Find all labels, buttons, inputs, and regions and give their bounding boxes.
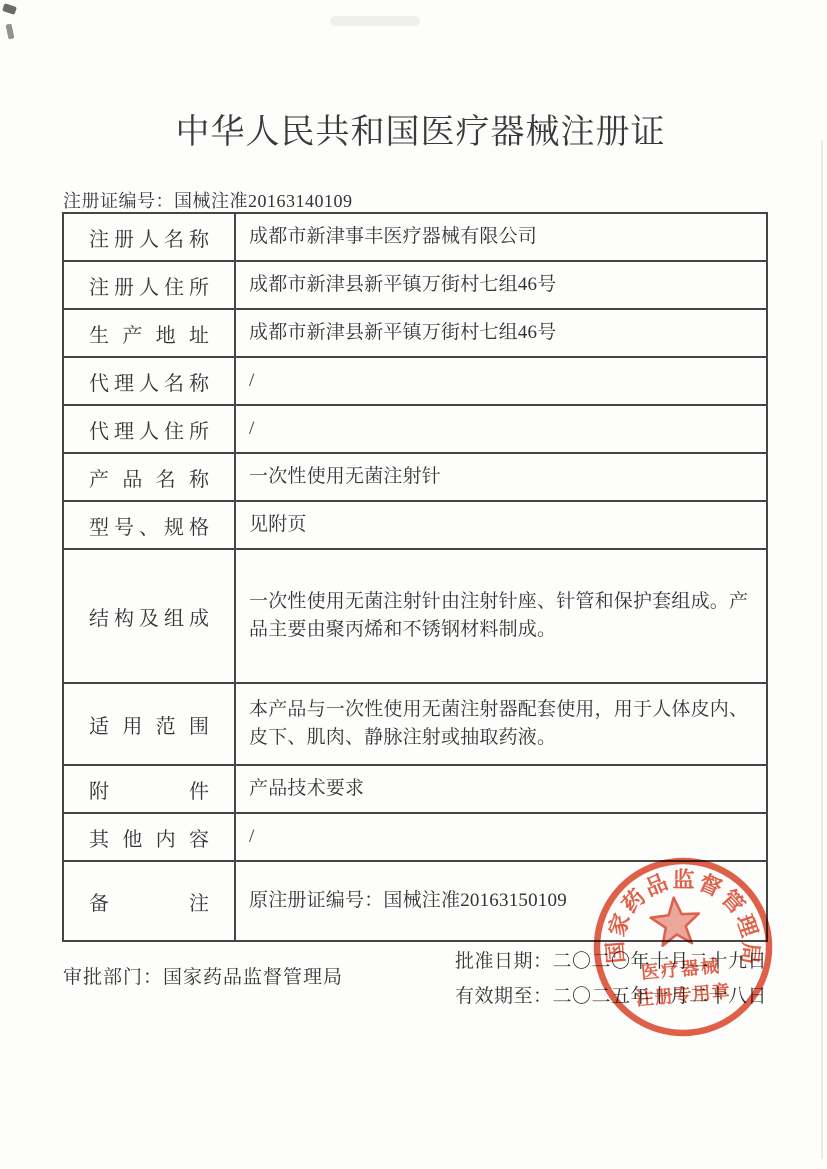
row-label: 代理人住所 (89, 415, 209, 444)
document-title: 中华人民共和国医疗器械注册证 (0, 104, 827, 153)
row-label-cell: 代理人名称 (64, 358, 236, 404)
row-value-cell: / (236, 406, 766, 452)
row-value-cell: 见附页 (236, 502, 766, 548)
row-label-cell: 注册人名称 (64, 214, 236, 260)
row-value: 见附页 (249, 511, 307, 539)
row-label-cell: 产品名称 (64, 454, 236, 500)
seal-line2: 注册专用章 (635, 980, 731, 1009)
approval-date-label: 批准日期： (455, 951, 553, 972)
seal-star-icon (649, 896, 701, 947)
scan-artifact (2, 3, 17, 15)
table-row: 适用范围本产品与一次性使用无菌注射器配套使用，用于人体皮内、皮下、肌肉、静脉注射… (64, 684, 766, 766)
row-label: 适用范围 (89, 710, 209, 739)
row-label-cell: 备注 (64, 862, 236, 940)
cert-table: 注册人名称成都市新津事丰医疗器械有限公司注册人住所成都市新津县新平镇万街村七组4… (62, 212, 768, 942)
row-value-cell: 成都市新津县新平镇万街村七组46号 (236, 262, 766, 308)
row-value: / (249, 415, 254, 443)
row-value-cell: 本产品与一次性使用无菌注射器配套使用，用于人体皮内、皮下、肌肉、静脉注射或抽取药… (236, 684, 766, 764)
row-label: 备注 (89, 887, 209, 916)
row-label-cell: 结构及组成 (64, 550, 236, 682)
scan-artifact (6, 24, 15, 40)
row-label: 附件 (89, 775, 209, 804)
approval-department-value: 国家药品监督管理局 (163, 967, 343, 988)
approval-department-label: 审批部门： (63, 967, 163, 988)
official-seal: 国家药品监督管理局 医疗器械 注册专用章 (588, 852, 778, 1042)
row-label-cell: 代理人住所 (64, 406, 236, 452)
table-row: 产品名称一次性使用无菌注射针 (64, 454, 766, 502)
registration-number-label: 注册证编号： (63, 191, 174, 211)
row-label-cell: 生产地址 (64, 310, 236, 356)
row-value-cell: / (236, 358, 766, 404)
table-row: 代理人住所/ (64, 406, 766, 454)
row-label-cell: 型号、规格 (64, 502, 236, 548)
table-row: 结构及组成一次性使用无菌注射针由注射针座、针管和保护套组成。产品主要由聚丙烯和不… (64, 550, 766, 684)
row-value: 成都市新津事丰医疗器械有限公司 (249, 223, 537, 251)
row-value-cell: 成都市新津事丰医疗器械有限公司 (236, 214, 766, 260)
table-row: 型号、规格见附页 (64, 502, 766, 550)
row-value-cell: 一次性使用无菌注射针 (236, 454, 766, 500)
row-value: 一次性使用无菌注射针由注射针座、针管和保护套组成。产品主要由聚丙烯和不锈钢材料制… (249, 588, 754, 644)
valid-until-label: 有效期至： (455, 986, 553, 1007)
row-label: 生产地址 (89, 319, 209, 348)
scan-smudge (330, 16, 420, 26)
table-row: 注册人住所成都市新津县新平镇万街村七组46号 (64, 262, 766, 310)
row-value: 产品技术要求 (249, 775, 364, 803)
row-label: 型号、规格 (89, 511, 209, 540)
row-value: 成都市新津县新平镇万街村七组46号 (249, 319, 556, 347)
row-value: 本产品与一次性使用无菌注射器配套使用，用于人体皮内、皮下、肌肉、静脉注射或抽取药… (249, 696, 754, 752)
row-label: 注册人名称 (89, 223, 209, 252)
row-value: 原注册证编号：国械注准20163150109 (249, 887, 567, 915)
row-value: / (249, 823, 254, 851)
row-label-cell: 附件 (64, 766, 236, 812)
row-value: 成都市新津县新平镇万街村七组46号 (249, 271, 556, 299)
approval-department-line: 审批部门：国家药品监督管理局 (63, 962, 343, 989)
table-row: 附件产品技术要求 (64, 766, 766, 814)
scan-edge-shadow (821, 140, 823, 1159)
certificate-page: 中华人民共和国医疗器械注册证 注册证编号：国械注准20163140109 注册人… (0, 0, 827, 1169)
row-value-cell: 成都市新津县新平镇万街村七组46号 (236, 310, 766, 356)
row-label-cell: 其他内容 (64, 814, 236, 860)
table-row: 生产地址成都市新津县新平镇万街村七组46号 (64, 310, 766, 358)
registration-number-value: 国械注准20163140109 (174, 191, 353, 211)
row-label-cell: 适用范围 (64, 684, 236, 764)
row-value: / (249, 367, 254, 395)
row-label: 结构及组成 (89, 602, 209, 631)
row-label-cell: 注册人住所 (64, 262, 236, 308)
row-label: 其他内容 (89, 823, 209, 852)
table-row: 代理人名称/ (64, 358, 766, 406)
row-value-cell: 一次性使用无菌注射针由注射针座、针管和保护套组成。产品主要由聚丙烯和不锈钢材料制… (236, 550, 766, 682)
row-label: 注册人住所 (89, 271, 209, 300)
row-value: 一次性使用无菌注射针 (249, 463, 441, 491)
registration-number-line: 注册证编号：国械注准20163140109 (63, 187, 353, 213)
row-label: 代理人名称 (89, 367, 209, 396)
seal-line1: 医疗器械 (640, 955, 722, 983)
row-value-cell: 产品技术要求 (236, 766, 766, 812)
row-label: 产品名称 (89, 463, 209, 492)
table-row: 注册人名称成都市新津事丰医疗器械有限公司 (64, 214, 766, 262)
